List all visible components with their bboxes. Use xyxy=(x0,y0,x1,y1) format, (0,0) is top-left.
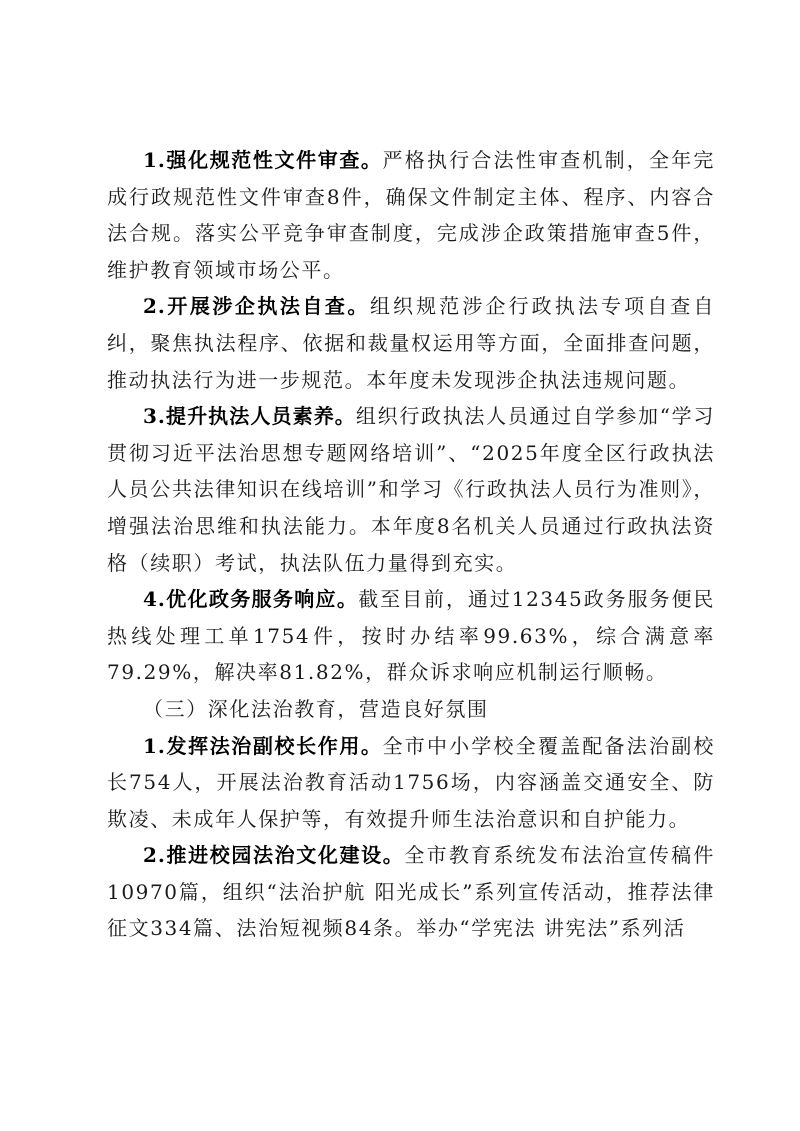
paragraph-staff-training: 3.提升执法人员素养。组织行政执法人员通过自学参加“学习贯彻习近平法治思想专题网… xyxy=(107,398,715,581)
paragraph-title: 1.发挥法治副校长作用。 xyxy=(143,734,383,758)
paragraph-title: 2.开展涉企执法自查。 xyxy=(143,294,370,318)
paragraph-vice-principal: 1.发挥法治副校长作用。全市中小学校全覆盖配备法治副校长754人，开展法治教育活… xyxy=(107,728,715,838)
paragraph-body: 组织行政执法人员通过自学参加“学习贯彻习近平法治思想专题网络培训”、“2025年… xyxy=(107,404,715,574)
paragraph-title: 1.强化规范性文件审查。 xyxy=(143,148,383,172)
paragraph-service-response: 4.优化政务服务响应。截至目前，通过12345政务服务便民热线处理工单1754件… xyxy=(107,581,715,691)
section-heading: （三）深化法治教育，营造良好氛围 xyxy=(107,691,715,728)
paragraph-title: 4.优化政务服务响应。 xyxy=(143,587,358,611)
paragraph-title: 3.提升执法人员素养。 xyxy=(143,404,356,428)
paragraph-campus-culture: 2.推进校园法治文化建设。全市教育系统发布法治宣传稿件10970篇，组织“法治护… xyxy=(107,837,715,947)
document-page: 1.强化规范性文件审查。严格执行合法性审查机制，全年完成行政规范性文件审查8件，… xyxy=(107,142,715,947)
paragraph-enterprise-enforcement: 2.开展涉企执法自查。组织规范涉企行政执法专项自查自纠，聚焦执法程序、依据和裁量… xyxy=(107,288,715,398)
paragraph-regulatory-review: 1.强化规范性文件审查。严格执行合法性审查机制，全年完成行政规范性文件审查8件，… xyxy=(107,142,715,288)
paragraph-title: 2.推进校园法治文化建设。 xyxy=(143,843,404,867)
